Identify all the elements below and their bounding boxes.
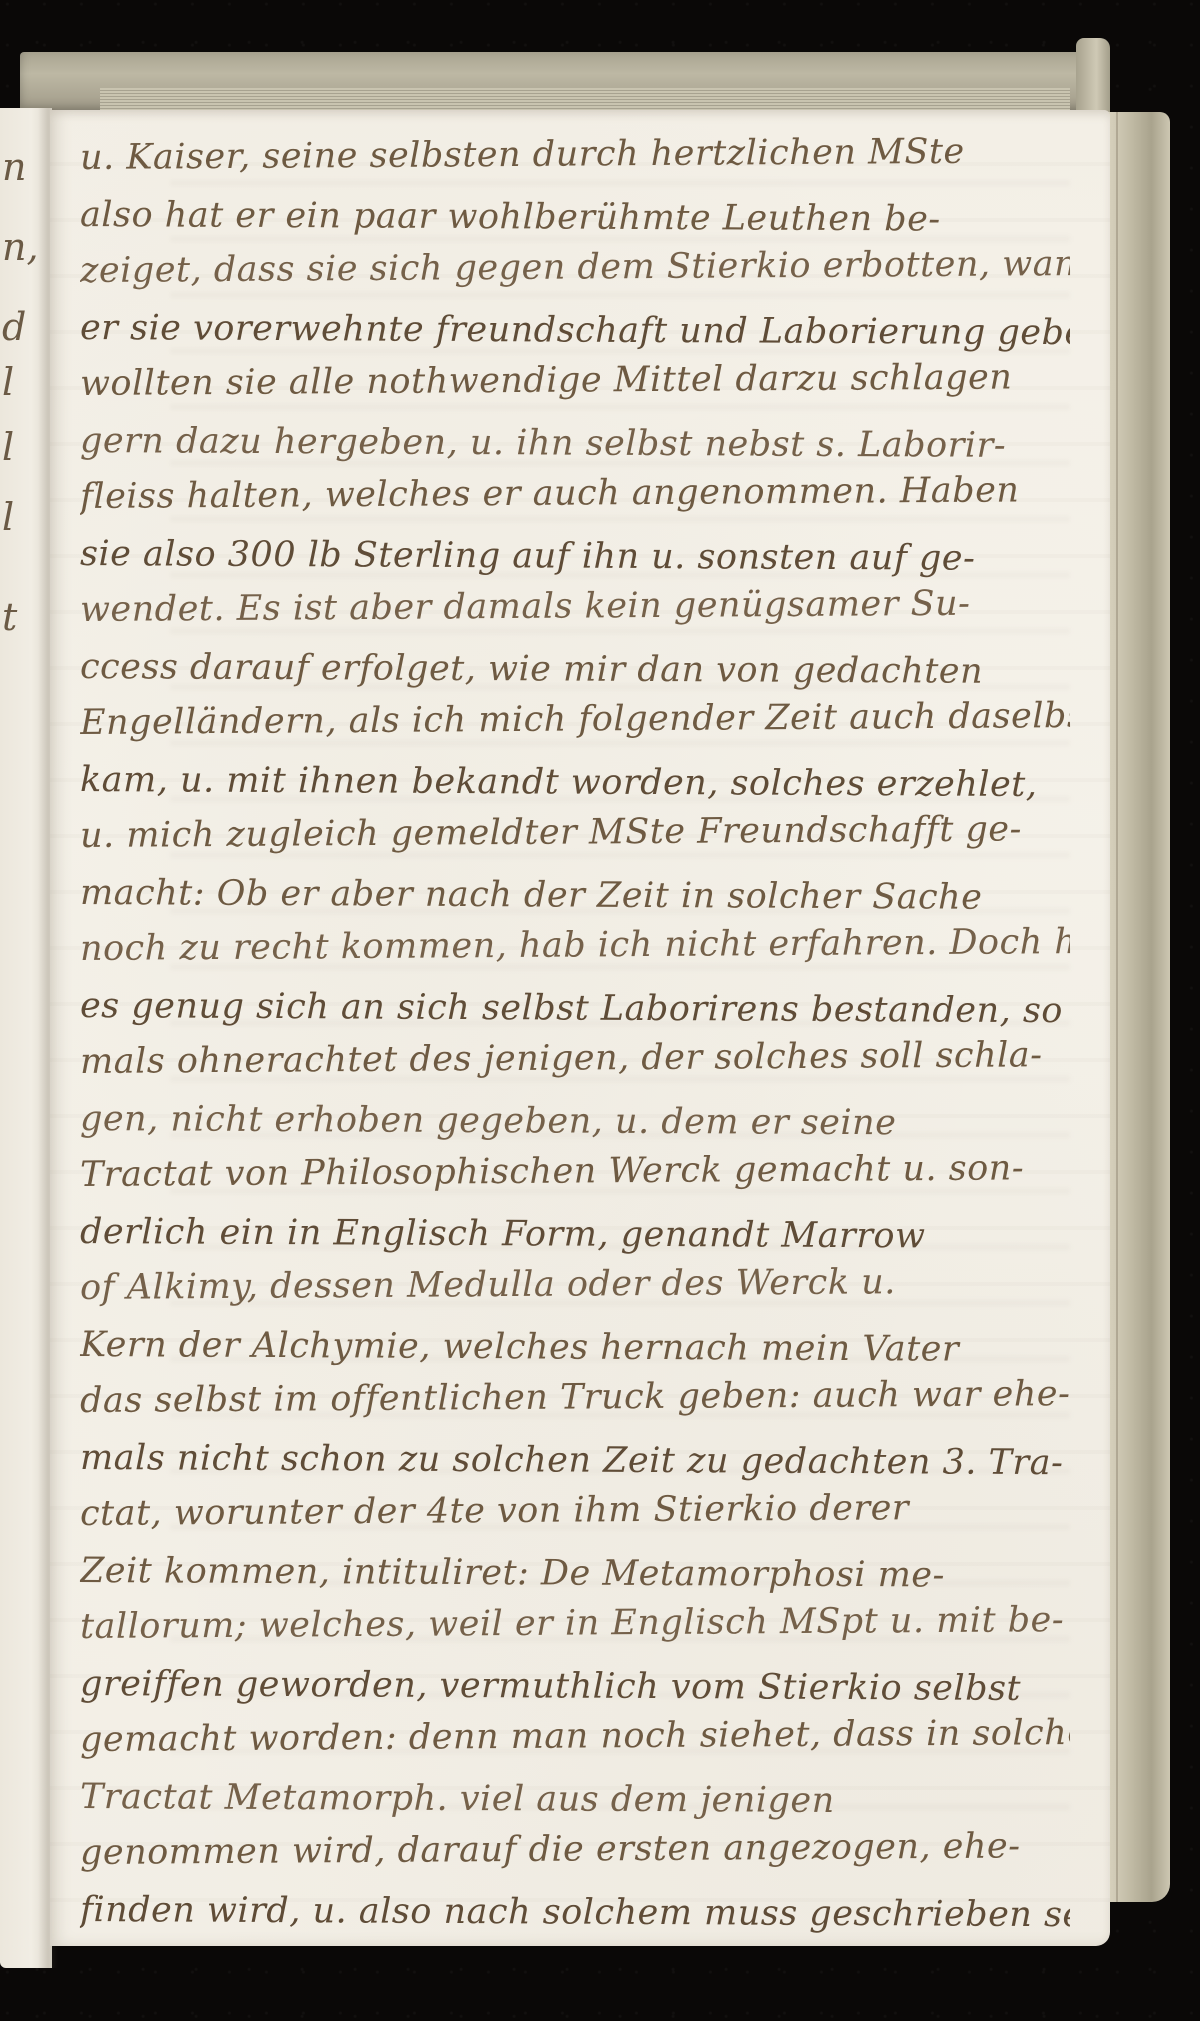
left-page-fragment: l	[2, 363, 14, 401]
manuscript-line: fleiss halten, welches er auch angenomme…	[80, 462, 1070, 525]
manuscript-line: u. Kaiser, seine selbsten durch hertzlic…	[80, 123, 1070, 186]
book-cover-right-edge	[1108, 112, 1170, 1902]
left-page-fragment: t	[2, 598, 17, 636]
manuscript-line: Engelländern, als ich mich folgender Zei…	[80, 688, 1070, 751]
manuscript-line: u. mich zugleich gemeldter MSte Freundsc…	[80, 801, 1070, 864]
left-page-fragment: n,	[2, 228, 39, 266]
handwritten-text-block: u. Kaiser, seine selbsten durch hertzlic…	[80, 130, 1070, 1938]
left-page-fragment: l	[2, 428, 14, 466]
manuscript-page: u. Kaiser, seine selbsten durch hertzlic…	[50, 110, 1110, 1946]
manuscript-line: das selbst im offentlichen Truck geben: …	[80, 1366, 1070, 1429]
left-page-fragment: l	[2, 498, 14, 536]
left-page-fragment: d	[2, 308, 26, 346]
manuscript-line: noch zu recht kommen, hab ich nicht erfa…	[80, 914, 1070, 977]
manuscript-line: wendet. Es ist aber damals kein genügsam…	[80, 575, 1070, 638]
manuscript-line: ctat, worunter der 4te von ihm Stierkio …	[80, 1479, 1070, 1542]
manuscript-line: gemacht worden: denn man noch siehet, da…	[80, 1705, 1070, 1768]
manuscript-line: finden wird, u. also nach solchem muss g…	[80, 1882, 1070, 1944]
manuscript-line: Tractat von Philosophischen Werck gemach…	[80, 1140, 1070, 1203]
manuscript-line: of Alkimy, dessen Medulla oder des Werck…	[80, 1253, 1070, 1316]
book-cover-top-edge	[20, 52, 1110, 114]
left-page-fragment: n	[2, 148, 26, 186]
manuscript-line: tallorum; welches, weil er in Englisch M…	[80, 1592, 1070, 1655]
manuscript-line: genommen wird, darauf die ersten angezog…	[80, 1818, 1070, 1881]
book-photograph: n n, d l l l t u. Kaiser, seine selbsten…	[0, 0, 1200, 2021]
manuscript-line: mals ohnerachtet des jenigen, der solche…	[80, 1027, 1070, 1090]
manuscript-line: zeiget, dass sie sich gegen dem Stierkio…	[80, 236, 1070, 299]
manuscript-line: wollten sie alle nothwendige Mittel darz…	[80, 349, 1070, 412]
